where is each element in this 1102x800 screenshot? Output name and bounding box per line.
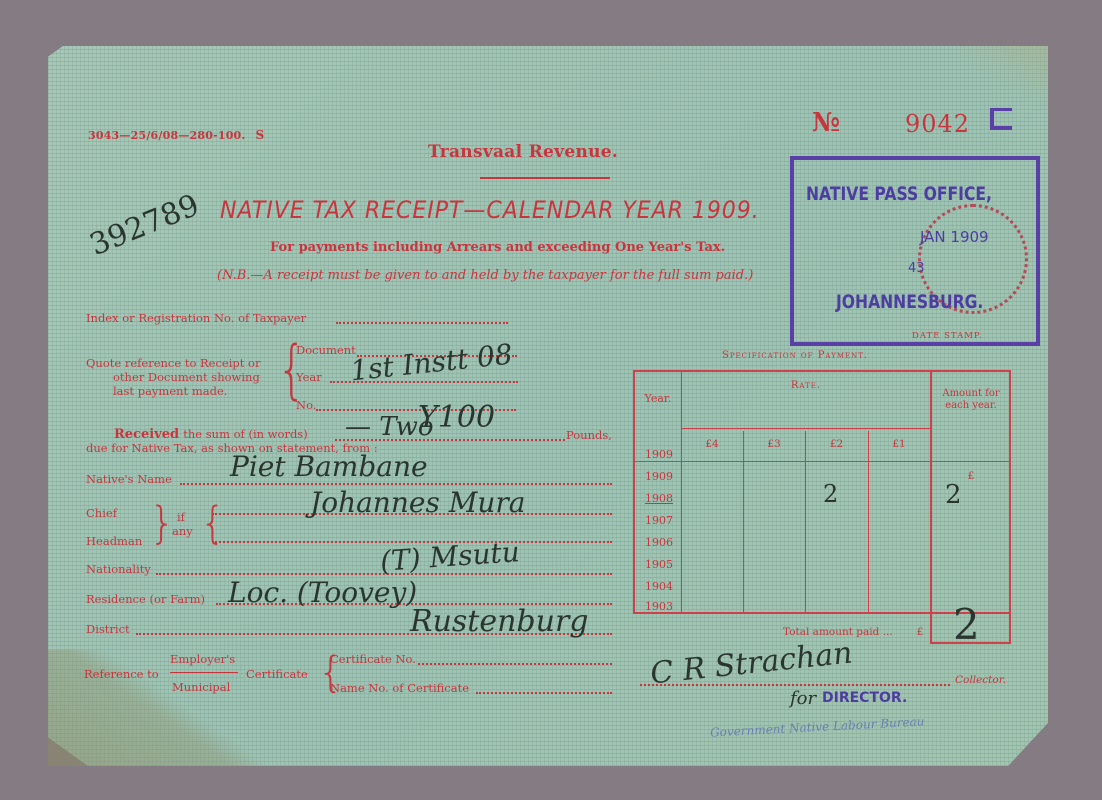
name-no-cert-label: Name No. of Certificate <box>330 681 469 695</box>
index-line <box>336 322 508 324</box>
municipal-label: Municipal <box>172 680 230 694</box>
year-header: Year. <box>635 392 681 405</box>
year-row-1906: 1906 <box>639 536 679 549</box>
year-row-1908: 1908 <box>639 492 679 505</box>
certificate-label: Certificate <box>246 667 308 681</box>
payment-table: Year. Rate. £4 £3 £2 £1 Amount for each … <box>633 370 1011 644</box>
fraction-rule <box>170 672 238 673</box>
rate-col-2: £2 <box>805 438 868 450</box>
year-row-1903: 1903 <box>639 600 679 613</box>
no-label: No. <box>296 398 316 412</box>
rate-entry-1908: 2 <box>823 480 838 508</box>
director-stamp: DIRECTOR. <box>822 690 907 706</box>
received-value: — Two <box>345 412 434 442</box>
stamp-fragment <box>990 108 1012 130</box>
total-value: 2 <box>953 600 980 649</box>
rate-col-4: £4 <box>681 438 743 450</box>
name-no-cert-line <box>476 692 612 694</box>
residence-label: Residence (or Farm) <box>86 592 205 606</box>
stamp-caption: DATE STAMP. <box>912 331 983 341</box>
native-name-value: Piet Bambane <box>230 450 428 483</box>
amount-unit: £ <box>932 470 1010 482</box>
reference-label: Reference to <box>84 667 159 681</box>
quote-ref-label-3: last payment made. <box>113 384 227 398</box>
headman-label: Headman <box>86 534 142 548</box>
document-label: Document <box>296 343 356 357</box>
rate-col-3: £3 <box>743 438 805 450</box>
chief-label: Chief <box>86 506 117 520</box>
collector-label: Collector. <box>955 674 1006 686</box>
received-label: Received the sum of (in words) <box>114 427 308 442</box>
stamp-date: JAN 1909 <box>920 228 989 246</box>
receipt-subtitle: For payments including Arrears and excee… <box>270 240 725 255</box>
native-name-label: Native's Name <box>86 472 172 486</box>
total-label: Total amount paid ... <box>783 626 923 638</box>
chief-value: Johannes Mura <box>310 486 526 519</box>
specification-title: Specification of Payment. <box>722 350 868 361</box>
amount-header: Amount for each year. <box>932 388 1010 412</box>
residence-value: Loc. (Toovey) <box>228 576 417 609</box>
receipt-title: NATIVE TAX RECEIPT—CALENDAR YEAR 1909. <box>220 196 760 224</box>
stamp-city: JOHANNESBURG. <box>836 291 983 313</box>
rate-header: Rate. <box>681 380 931 391</box>
brace: { <box>148 498 173 549</box>
year-row-1905: 1905 <box>639 558 679 571</box>
any-label: any <box>172 524 193 538</box>
quote-ref-label-2: other Document showing <box>113 370 260 384</box>
receipt-note: (N.B.—A receipt must be given to and hel… <box>217 268 753 283</box>
native-name-line <box>180 483 612 485</box>
rate-col-1: £1 <box>868 438 930 450</box>
quote-ref-label-1: Quote reference to Receipt or <box>86 356 260 370</box>
print-code: 3043—25/6/08—280-100.S <box>88 128 264 142</box>
district-value: Rustenburg <box>410 604 589 639</box>
number-symbol: № <box>812 108 840 138</box>
stamp-number: 43 <box>908 261 925 276</box>
year-label: Year <box>296 370 322 384</box>
employers-label: Employer's <box>170 652 235 666</box>
header-rule <box>480 177 610 179</box>
pounds-label: Pounds, <box>566 428 612 442</box>
amount-entry-1908: 2 <box>945 480 962 510</box>
cert-no-label: Certificate No. <box>330 652 416 666</box>
total-unit: £ <box>913 626 927 638</box>
year-row-1907: 1907 <box>639 514 679 527</box>
index-label: Index or Registration No. of Taxpayer <box>86 311 306 325</box>
nationality-label: Nationality <box>86 562 151 576</box>
year-row-1909: 1909 <box>639 470 679 483</box>
for-text: for <box>790 688 816 709</box>
if-label: if <box>177 510 185 524</box>
district-label: District <box>86 622 130 636</box>
cert-no-line <box>418 663 612 665</box>
header-title: Transvaal Revenue. <box>428 142 618 162</box>
stamp-office-name: NATIVE PASS OFFICE, <box>806 183 992 205</box>
year-row-1904: 1904 <box>639 580 679 593</box>
receipt-number: 9042 <box>905 110 970 138</box>
year-row-1909: 1909 <box>639 448 679 461</box>
